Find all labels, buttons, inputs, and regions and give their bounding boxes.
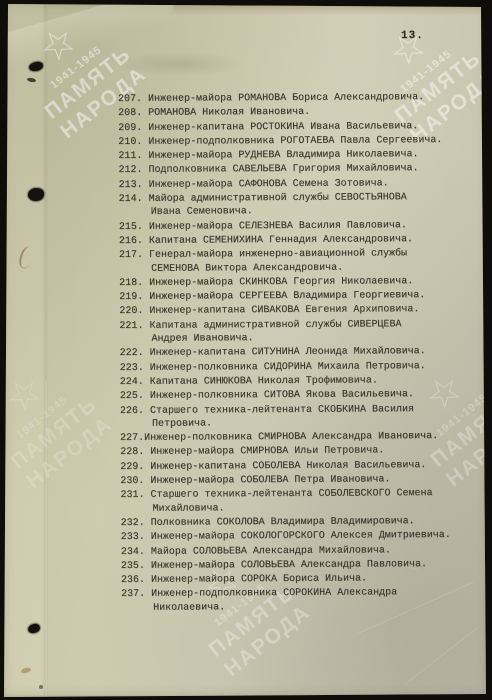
list-entry: 209. Инженер-капитана РОСТОКИНА Ивана Ва… xyxy=(118,119,482,135)
list-entry: 214. Майора административной службы СЕВО… xyxy=(119,191,483,220)
list-entry: 224. Капитана СИНЮКОВА Николая Трофимови… xyxy=(120,374,484,390)
officer-list: 207. Инженер-майора РОМАНОВА Бориса Алек… xyxy=(118,91,485,616)
list-entry: 216. Капитана СЕМЕНИХИНА Геннадия Алекса… xyxy=(119,233,483,249)
list-entry: 226. Старшего техника-лейтенанта СКОБКИН… xyxy=(120,402,484,431)
list-entry: 232. Полковника СОКОЛОВА Владимира Влади… xyxy=(121,515,485,531)
list-entry: 220. Инженер-капитана СИВАКОВА Евгения А… xyxy=(119,303,483,319)
list-entry: 211. Инженер-майора РУДНЕВА Владимира Ни… xyxy=(118,148,482,164)
page-number: 13. xyxy=(401,30,424,42)
list-entry: 218. Инженер-майора СКИНКОВА Георгия Ник… xyxy=(119,275,483,291)
list-entry: 213. Инженер-майора САФОНОВА Семена Зото… xyxy=(119,177,483,193)
paper-wrinkle xyxy=(404,626,480,686)
list-entry: 234. Майора СОЛОВЬЕВА Александра Михайло… xyxy=(121,543,485,559)
list-entry: 207. Инженер-майора РОМАНОВА Бориса Алек… xyxy=(118,91,482,107)
list-entry: 208. РОМАНОВА Николая Ивановича. xyxy=(118,105,482,121)
list-entry: 219. Инженер-майора СЕРГЕЕВА Владимира Г… xyxy=(119,289,483,305)
paper-left-margin-shade xyxy=(0,0,48,700)
list-entry: 217. Генерал-майора инженерно-авиационно… xyxy=(119,247,483,276)
list-entry: 215. Инженер-майора СЕЛЕЗНЕВА Василия Па… xyxy=(119,218,483,234)
list-entry: 237. Инженер-подполковника СОРОКИНА Алек… xyxy=(121,586,485,615)
list-entry: 225. Инженер-полковника СИТОВА Якова Вас… xyxy=(120,388,484,404)
list-entry: 221. Капитана административной службы СИ… xyxy=(119,318,483,347)
list-entry: 229. Инженер-капитана СОБОЛЕВА Николая В… xyxy=(120,458,484,474)
scanned-document: ☆ 1941-1945 ПАМЯТЬ НАРОДА ☆ 1941-1945 ПА… xyxy=(0,0,492,700)
ink-speck xyxy=(39,685,43,689)
list-entry: 228. Инженер-майора СМИРНОВА Ильи Петров… xyxy=(120,444,484,460)
star-icon: ☆ xyxy=(351,0,466,101)
list-entry: 210. Инженер-подполковника РОГОТАЕВА Пав… xyxy=(118,134,482,150)
paper-top-edge xyxy=(172,0,492,15)
list-entry: 227.Инженер-полковника СМИРНОВА Александ… xyxy=(120,430,484,446)
list-entry: 212. Подполковника САВЕЛЬЕВА Григория Ми… xyxy=(118,162,482,178)
list-entry: 236. Инженер-майора СОРОКА Бориса Ильича… xyxy=(121,572,485,588)
paper-crease xyxy=(45,380,48,700)
paper-bottom-edge xyxy=(0,694,492,700)
list-entry: 223. Инженер-полковника СИДОРИНА Михаила… xyxy=(120,359,484,375)
list-entry: 233. Инженер-майора СОКОЛОГОРСКОГО Алекс… xyxy=(121,529,485,545)
list-entry: 231. Старшего техника-лейтенанта СОБОЛЕВ… xyxy=(120,487,484,516)
paper-sheet: ☆ 1941-1945 ПАМЯТЬ НАРОДА ☆ 1941-1945 ПА… xyxy=(0,0,492,700)
list-entry: 222. Инженер-капитана СИТУНИНА Леонида М… xyxy=(120,345,484,361)
list-entry: 235. Инженер-майора СОЛОВЬЕВА Александра… xyxy=(121,558,485,574)
list-entry: 230. Инженер-майора СОБОЛЕВА Петра Ивано… xyxy=(120,473,484,489)
pencil-smudge xyxy=(112,52,247,76)
